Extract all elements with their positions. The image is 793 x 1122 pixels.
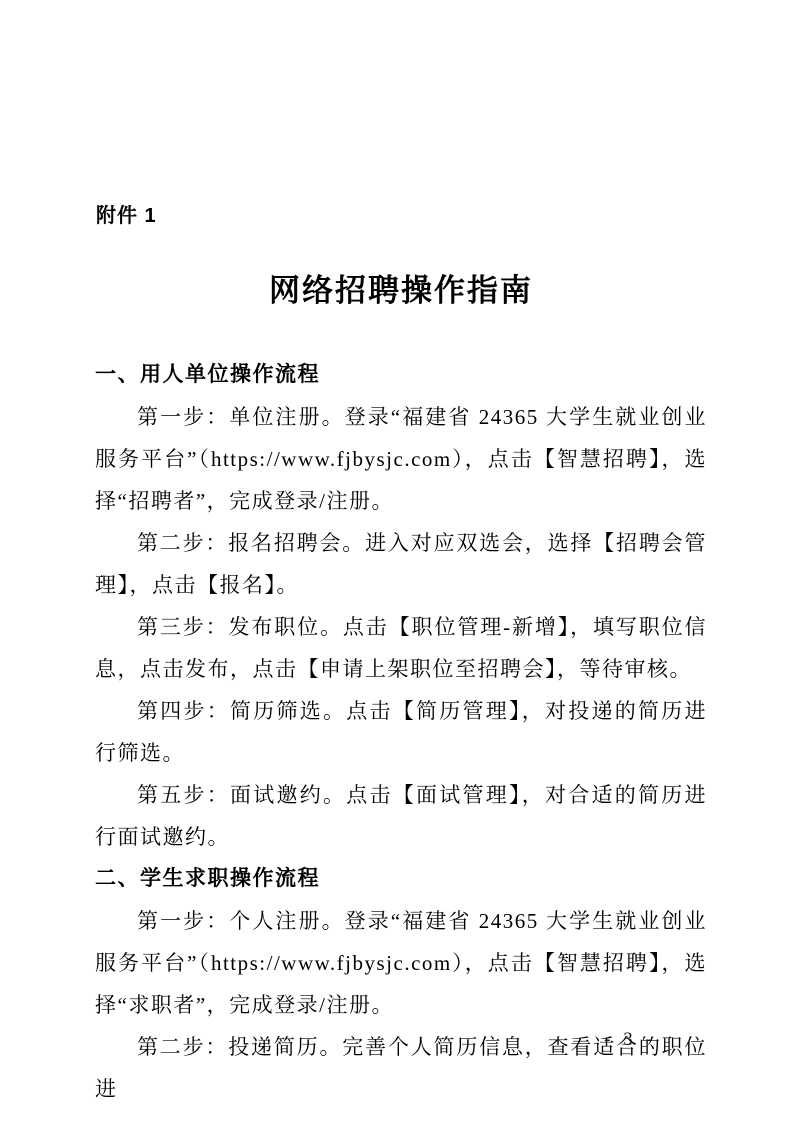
paragraph-employer-step-1: 第一步：单位注册。登录“福建省 24365 大学生就业创业服务平台”（https… — [95, 396, 707, 522]
document-body: 一、用人单位操作流程 第一步：单位注册。登录“福建省 24365 大学生就业创业… — [95, 354, 707, 1110]
paragraph-employer-step-3: 第三步：发布职位。点击【职位管理-新增】，填写职位信息，点击发布，点击【申请上架… — [95, 606, 707, 690]
document-page: 附件 1 网络招聘操作指南 一、用人单位操作流程 第一步：单位注册。登录“福建省… — [0, 0, 793, 1122]
page-number: - 3 - — [555, 1029, 705, 1051]
section-heading-student-flow: 二、学生求职操作流程 — [95, 858, 707, 900]
paragraph-student-step-1: 第一步：个人注册。登录“福建省 24365 大学生就业创业服务平台”（https… — [95, 900, 707, 1026]
document-title: 网络招聘操作指南 — [95, 265, 707, 310]
paragraph-employer-step-2: 第二步：报名招聘会。进入对应双选会，选择【招聘会管理】，点击【报名】。 — [95, 522, 707, 606]
attachment-label: 附件 1 — [96, 199, 157, 228]
section-heading-employer-flow: 一、用人单位操作流程 — [95, 354, 707, 396]
paragraph-employer-step-5: 第五步：面试邀约。点击【面试管理】，对合适的简历进行面试邀约。 — [95, 774, 707, 858]
paragraph-employer-step-4: 第四步：简历筛选。点击【简历管理】，对投递的简历进行筛选。 — [95, 690, 707, 774]
